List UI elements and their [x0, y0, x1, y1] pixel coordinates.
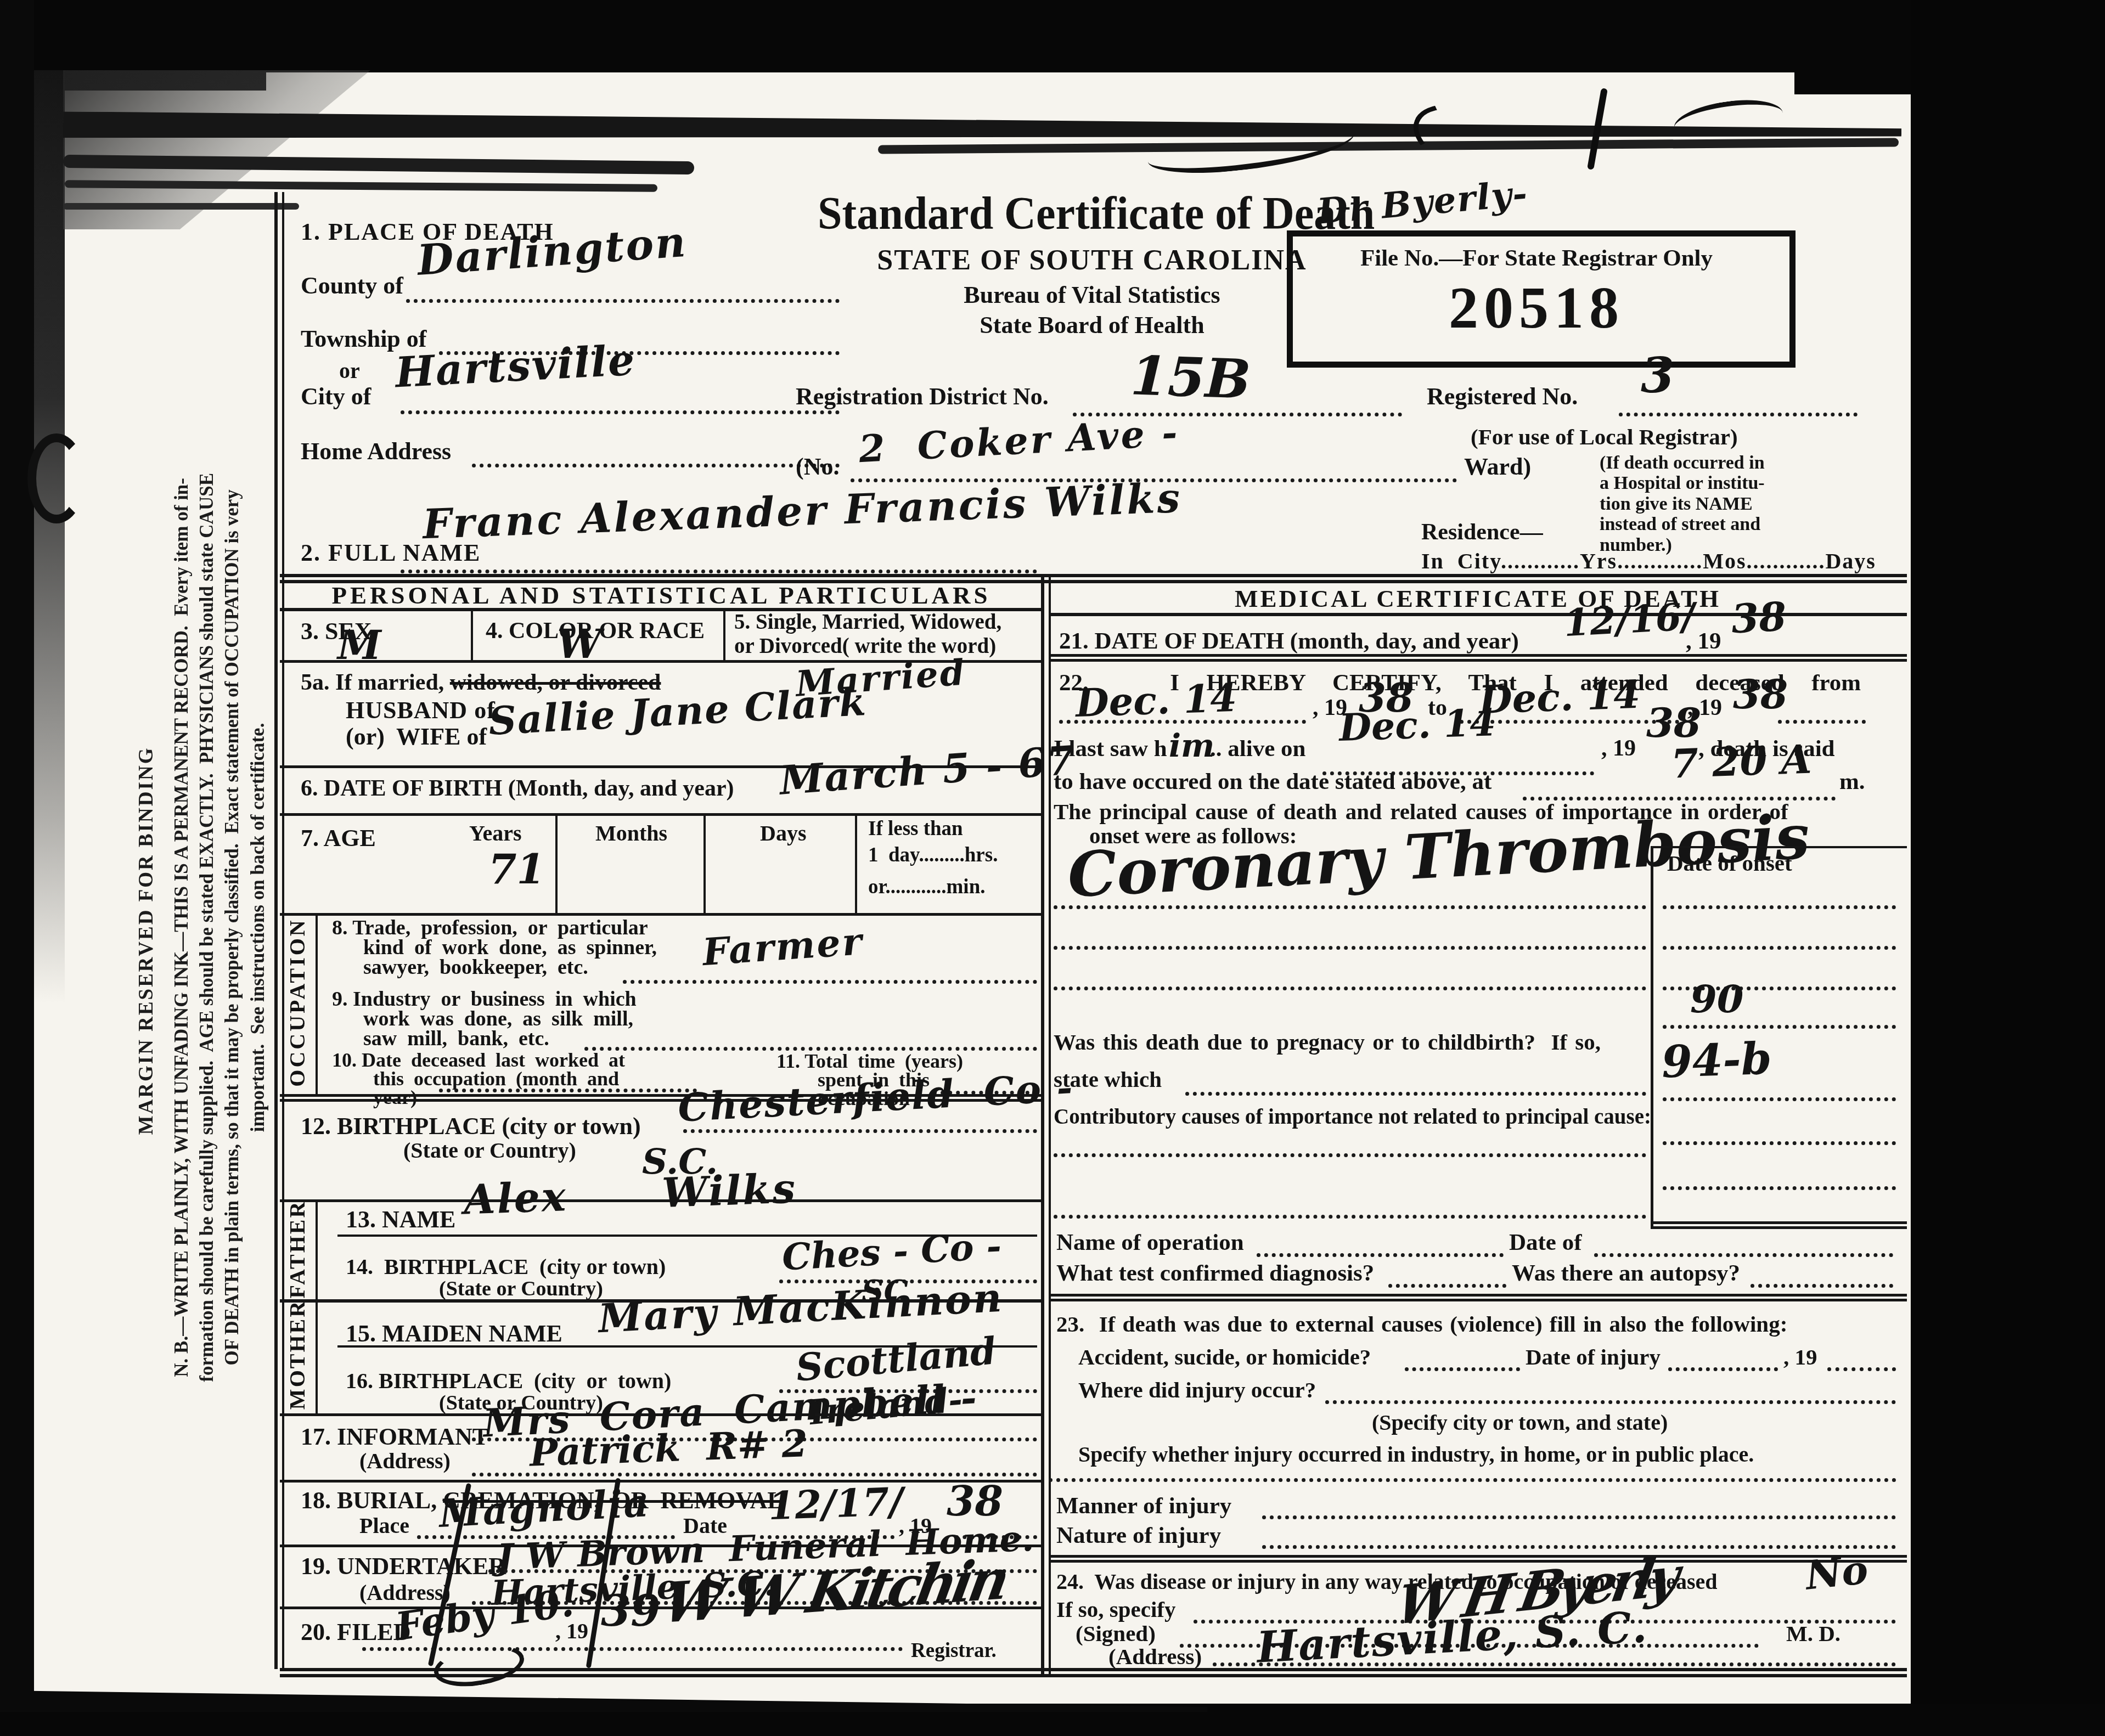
left-section-title: PERSONAL AND STATISTICAL PARTICULARS [280, 583, 1043, 608]
onset-dotted-6 [1663, 1141, 1896, 1145]
attended-from-dotted [1059, 720, 1306, 724]
scan-left-noise-strip [34, 70, 65, 1003]
s5a-prefix-text: 5a. If married, [301, 670, 450, 695]
bottom-double-rule [280, 1668, 1907, 1677]
row23-double-rule [1049, 1555, 1907, 1563]
date-of-onset-label: Date of onset [1667, 852, 1792, 875]
informant-address-value: Patrick R# 2 [529, 1425, 808, 1472]
date-of-death-value: 12/16/ [1563, 598, 1696, 642]
contributory-label: Contributory causes of importance not re… [1054, 1106, 1651, 1129]
date-of-death-label: 21. DATE OF DEATH (month, day, and year) [1059, 629, 1519, 653]
scan-border-right [1911, 0, 2105, 1736]
md-label: M. D. [1786, 1622, 1841, 1645]
registration-district-value: 15B [1129, 349, 1252, 407]
last-saw-label-b: .. alive on [1210, 736, 1305, 761]
injury-year-dotted [1827, 1367, 1896, 1371]
physician-address-label: (Address) [1108, 1645, 1202, 1669]
father-name-value: Alex Wilks [463, 1168, 797, 1220]
burial-year-value: 38 [947, 1481, 1003, 1522]
form-left-rule-inner [282, 192, 284, 1669]
or-label: or [339, 359, 360, 382]
registrar-label: Registrar. [911, 1641, 997, 1662]
filed-label: 20. FILED [301, 1620, 410, 1645]
s5a-prefix: 5a. If married, widowed, or divorced [301, 670, 661, 695]
manner-dotted [1262, 1515, 1896, 1519]
cause-dotted-1 [1054, 905, 1646, 909]
registration-district-label: Registration District No. [796, 384, 1049, 409]
filed-year-value: 39 [601, 1590, 661, 1633]
injury-year-printed: , 19 [1783, 1345, 1817, 1369]
onset-dotted-4 [1663, 1025, 1896, 1029]
state-title: STATE OF SOUTH CAROLINA [818, 246, 1366, 276]
s8-dotted [623, 980, 1037, 984]
pregnancy-dotted [1185, 1092, 1646, 1096]
sex-value: M [337, 625, 381, 665]
scanned-death-certificate: MARGIN RESERVED FOR BINDING N. B.—WRITE … [0, 0, 2105, 1736]
row7-bottom-rule [280, 913, 1041, 916]
autopsy-label: Was there an autopsy? [1512, 1261, 1740, 1286]
accident-label: Accident, sucide, or homicide? [1078, 1345, 1371, 1369]
filed-dotted [362, 1647, 903, 1651]
file-no-value: 20518 [1295, 277, 1778, 339]
burial-place-label: Place [359, 1514, 409, 1537]
residence-label: Residence— [1421, 520, 1543, 544]
date-of-injury-dotted [1668, 1367, 1778, 1371]
industry-dotted [1049, 1478, 1896, 1482]
registered-no-label: Registered No. [1427, 384, 1578, 409]
parents-inner-rule [316, 1199, 318, 1413]
onset-dotted-2 [1663, 946, 1896, 950]
occured-label: to have occured on the date stated above… [1054, 769, 1491, 794]
last-saw-label-a: I last saw h [1054, 736, 1167, 761]
sex-color-separator [471, 610, 473, 660]
street-no-label: (No. [796, 454, 839, 480]
where-injury-label: Where did injury occur? [1078, 1378, 1316, 1402]
mother-vertical-label: MOTHER [286, 1272, 309, 1437]
certificate-title: Standard Certificate of Death [818, 190, 1366, 238]
s5a-wife-label: (or) WIFE of [346, 724, 487, 749]
onset-dotted-5 [1663, 1097, 1896, 1101]
date-of-death-year-printed: , 19 [1686, 629, 1721, 653]
s9-line3: saw mill, bank, etc. [363, 1028, 549, 1050]
specify-industry-label: Specify whether injury occurred in indus… [1078, 1443, 1754, 1466]
city-value: Hartsville [394, 340, 637, 394]
accident-dotted [1405, 1367, 1520, 1371]
attended-year2-value: 38 [1733, 675, 1788, 714]
autopsy-dotted [1751, 1284, 1893, 1288]
specify-city-label: (Specify city or town, and state) [1372, 1411, 1668, 1434]
s5a-husband-label: HUSBAND of [346, 698, 496, 723]
age-sep-2 [703, 815, 706, 913]
margin-nb-note: N. B.—WRITE PLAINLY, WITH UNFADING INK—T… [169, 219, 271, 1635]
home-address-dotted-line [472, 464, 840, 467]
row21-double-rule [1049, 654, 1907, 662]
registered-no-value: 3 [1641, 351, 1674, 399]
age-less-1: If less than [868, 819, 963, 840]
registered-no-dotted [1619, 413, 1858, 416]
occupation-vertical-label: OCCUPATION [286, 893, 309, 1112]
bureau-title: Bureau of Vital Statistics [818, 283, 1366, 308]
dob-label: 6. DATE OF BIRTH (Month, day, and year) [301, 776, 734, 801]
informant-address-label: (Address) [359, 1450, 451, 1473]
county-label: County of [301, 273, 403, 298]
nature-of-injury-label: Nature of injury [1056, 1523, 1221, 1548]
age-months-label: Months [595, 822, 667, 845]
external-causes-label: 23. If death was due to external causes … [1056, 1312, 1787, 1336]
marital-label-1: 5. Single, Married, Widowed, [734, 611, 1001, 634]
county-dotted-line [406, 299, 840, 303]
home-address-label: Home Address [301, 439, 451, 464]
row17-bottom-rule [280, 1480, 1041, 1483]
onset-code-94b: 94-b [1661, 1036, 1772, 1084]
onset-dotted-7 [1663, 1186, 1896, 1190]
signed-label: (Signed) [1076, 1622, 1156, 1645]
city-dotted-line [401, 410, 840, 414]
attended-year2-dotted [1778, 720, 1866, 724]
color-marital-separator [723, 610, 725, 660]
contributory-dotted-2 [1054, 1215, 1646, 1219]
father-birthplace-value: Ches - Co - [781, 1228, 1003, 1276]
undertaker-label: 19. UNDERTAKER [301, 1554, 506, 1579]
last-saw-date-value: Dec. 14 [1338, 704, 1496, 747]
onset-bottom-double-rule [1651, 1221, 1907, 1229]
ward-label: Ward) [1464, 454, 1531, 480]
father-birthplace-sub: (State or Country) [439, 1278, 603, 1300]
s8-line3: sawyer, bookkeeper, etc. [363, 957, 588, 979]
board-title: State Board of Health [818, 313, 1366, 338]
onset-dotted-1 [1663, 905, 1896, 909]
nature-dotted [1262, 1545, 1896, 1549]
onset-code-90: 90 [1690, 980, 1743, 1018]
scan-border-left [0, 0, 34, 1736]
form-left-rule-outer [274, 192, 278, 1669]
cause-dotted-3 [1054, 987, 1646, 990]
age-years-value: 71 [488, 849, 545, 890]
file-no-box-label: File No.—For State Registrar Only [1295, 246, 1778, 270]
city-label: City of [301, 384, 371, 409]
scan-border-top [0, 0, 2105, 72]
row6-bottom-rule [280, 813, 1041, 816]
manner-of-injury-label: Manner of injury [1056, 1493, 1231, 1518]
time-m-label: m. [1839, 769, 1865, 794]
time-of-death-value: 7 20 A [1670, 740, 1813, 784]
operation-dotted [1257, 1253, 1504, 1257]
occupation-inner-rule [316, 913, 318, 1094]
s10-dotted [439, 1089, 697, 1092]
physician-address-dotted [1213, 1662, 1896, 1666]
operation-date-dotted [1594, 1253, 1893, 1257]
cause-dotted-2 [1054, 946, 1646, 950]
test-label: What test confirmed diagnosis? [1056, 1261, 1374, 1286]
onset-left-rule [1651, 846, 1653, 1228]
scan-blob-ring [27, 433, 86, 523]
hospital-note: (If death occurred in a Hospital or inst… [1600, 453, 1765, 555]
birthplace-label: 12. BIRTHPLACE (city or town) [301, 1114, 641, 1139]
if-so-specify-label: If so, specify [1056, 1598, 1176, 1621]
father-name-label: 13. NAME [346, 1207, 455, 1232]
age-less-2: 1 day.........hrs. [868, 845, 998, 866]
row-test-double-rule [1049, 1294, 1907, 1301]
contributory-dotted-1 [1054, 1153, 1646, 1157]
informant-label: 17. INFORMANT [301, 1424, 488, 1450]
age-label: 7. AGE [301, 826, 376, 851]
burial-prefix: 18. BURIAL, [301, 1487, 443, 1514]
scan-streak-4 [63, 203, 299, 210]
mother-birthplace-label: 16. BIRTHPLACE (city or town) [346, 1369, 671, 1393]
where-injury-dotted [1325, 1400, 1896, 1404]
date-of-death-year-value: 38 [1730, 596, 1787, 639]
row3-bottom-rule [280, 660, 1041, 663]
test-dotted [1388, 1284, 1506, 1288]
margin-binding-note: MARGIN RESERVED FOR BINDING [136, 713, 157, 1168]
age-sep-1 [555, 815, 558, 913]
date-of-injury-label: Date of injury [1526, 1345, 1661, 1369]
birthplace-sub-label: (State or Country) [403, 1139, 576, 1162]
birthplace-dotted [683, 1129, 1037, 1133]
age-sep-3 [855, 815, 857, 913]
father-birthplace-label: 14. BIRTHPLACE (city or town) [346, 1255, 666, 1278]
last-saw-year-value: 38 [1646, 703, 1701, 743]
operation-label: Name of operation [1056, 1230, 1244, 1255]
last-saw-year-printed: , 19 [1601, 736, 1636, 760]
last-saw-im: im [1169, 730, 1214, 762]
age-years-label: Years [469, 822, 522, 845]
full-name-dotted [401, 570, 1037, 573]
occupation-related-value: No [1804, 1549, 1870, 1596]
attended-from-value: Dec. 14 [1075, 679, 1237, 723]
maiden-name-label: 15. MAIDEN NAME [346, 1321, 562, 1346]
filed-year-printed: , 19 [555, 1620, 588, 1643]
attended-to-value: Dec. 14 [1478, 675, 1641, 719]
color-race-value: W [557, 624, 601, 664]
trade-value: Farmer [701, 923, 865, 971]
operation-date-label: Date of [1509, 1230, 1582, 1255]
pregnancy-line2: state which [1054, 1068, 1162, 1091]
pregnancy-line1: Was this death due to pregnacy or to chi… [1054, 1030, 1601, 1054]
informant-address-dotted [472, 1473, 1037, 1476]
local-registrar-note: (For use of Local Registrar) [1471, 425, 1738, 449]
burial-date-value: 12/17/ [768, 1483, 904, 1526]
age-less-3: or............min. [868, 877, 985, 898]
onset-top-rule [1651, 846, 1907, 848]
residence-line: In City............Yrs.............Mos..… [1421, 550, 1876, 573]
age-days-label: Days [760, 822, 806, 845]
